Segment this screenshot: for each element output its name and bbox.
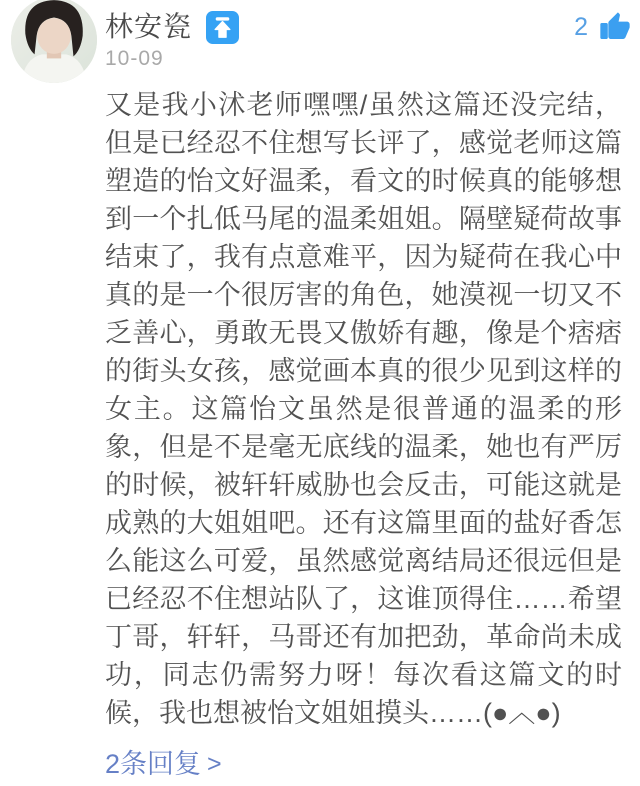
comment-header: 林安瓷 2 [105,8,632,46]
chevron-right-icon: > [207,748,222,780]
like-count: 2 [574,10,588,44]
like-button[interactable]: 2 [574,10,632,44]
pinned-badge [206,11,239,44]
comment-card: 林安瓷 2 10-09 又是我小沭老师嘿嘿/虽然这篇还没完结，但是已经忍不住想写… [0,0,640,786]
avatar[interactable] [11,0,97,83]
pin-to-top-icon [206,11,239,44]
replies-link[interactable]: 2条回复 > [105,748,222,780]
username[interactable]: 林安瓷 [105,8,192,46]
avatar-image [11,0,97,83]
replies-label: 2条回复 [105,748,201,780]
comment-body: 又是我小沭老师嘿嘿/虽然这篇还没完结，但是已经忍不住想写长评了，感觉老师这篇塑造… [105,86,622,732]
comment-date: 10-09 [105,47,164,71]
thumbs-up-icon [598,11,632,43]
